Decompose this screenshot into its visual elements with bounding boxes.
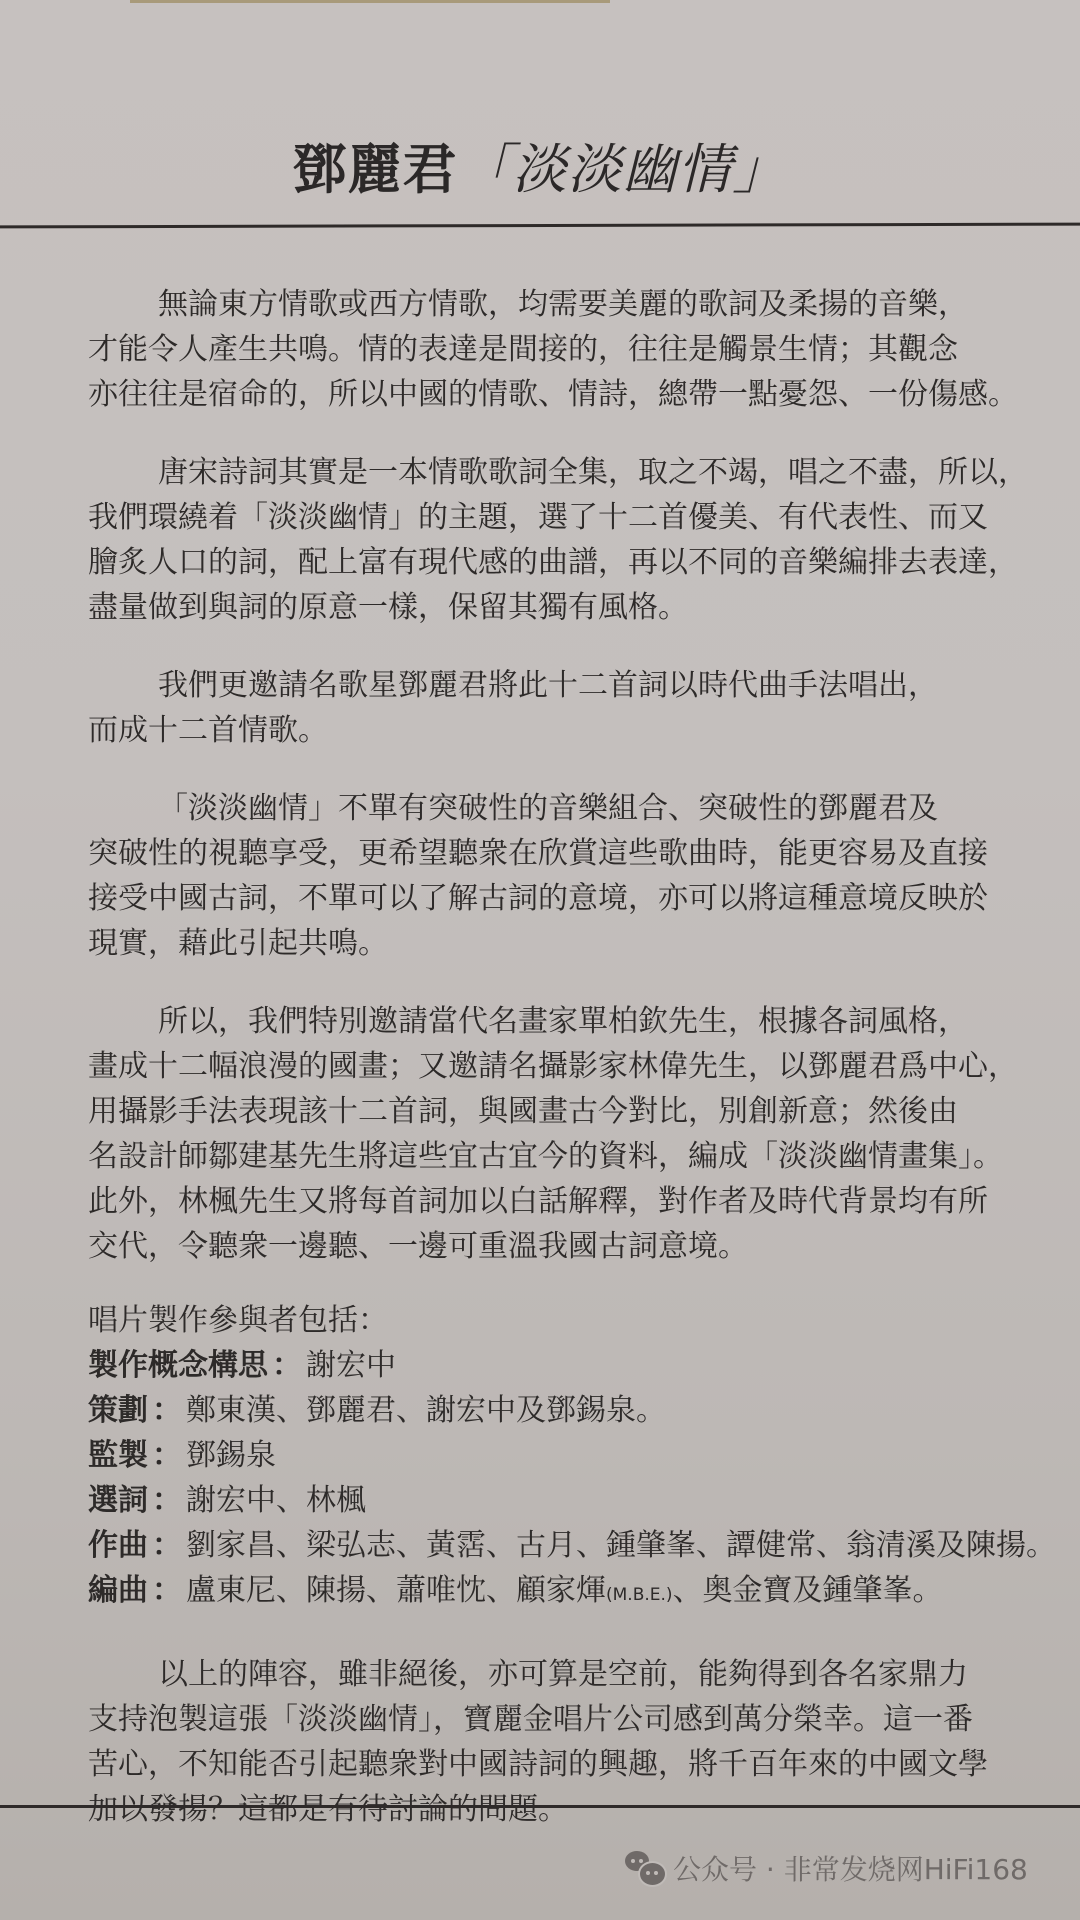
paragraph-5: 所以，我們特別邀請當代名畫家單柏欽先生，根據各詞風格， 畫成十二幅浪漫的國畫；又… — [88, 999, 1048, 1269]
text-line: 亦往往是宿命的，所以中國的情歌、情詩，總帶一點憂怨、一份傷感。 — [88, 372, 1048, 417]
credit-row: 製作概念構思：謝宏中 — [88, 1343, 1048, 1388]
paragraph-2: 唐宋詩詞其實是一本情歌歌詞全集，取之不竭，唱之不盡，所以， 我們環繞着「淡淡幽情… — [88, 450, 1048, 630]
text-line: 交代，令聽衆一邊聽、一邊可重溫我國古詞意境。 — [88, 1224, 1048, 1269]
credit-separator: ： — [148, 1393, 186, 1428]
credit-label: 監製 — [88, 1438, 148, 1473]
credit-row: 作曲：劉家昌、梁弘志、黃霑、古月、鍾肇峯、譚健常、翁清溪及陳揚。 — [88, 1523, 1048, 1568]
text-line: 而成十二首情歌。 — [88, 708, 1048, 753]
text-line: 用攝影手法表現該十二首詞，與國畫古今對比，別創新意；然後由 — [88, 1089, 1048, 1134]
text-line: 「淡淡幽情」不單有突破性的音樂組合、突破性的鄧麗君及 — [88, 786, 1048, 831]
text-line: 我們環繞着「淡淡幽情」的主題，選了十二首優美、有代表性、而又 — [88, 495, 1048, 540]
credit-value: 鄧錫泉 — [186, 1438, 276, 1473]
watermark-text: 公众号 · 非常发烧网HiFi168 — [673, 1848, 1028, 1888]
text-line: 加以發揚？這都是有待討論的問題。 — [88, 1787, 1048, 1832]
text-line: 盡量做到與詞的原意一樣，保留其獨有風格。 — [88, 585, 1048, 630]
text-line: 無論東方情歌或西方情歌，均需要美麗的歌詞及柔揚的音樂， — [88, 282, 1048, 327]
credit-separator: ： — [148, 1483, 186, 1518]
paragraph-3: 我們更邀請名歌星鄧麗君將此十二首詞以時代曲手法唱出， 而成十二首情歌。 — [88, 663, 1048, 753]
text-line: 名設計師鄒建基先生將這些宜古宜今的資料，編成「淡淡幽情畫集」。 — [88, 1134, 1048, 1179]
credits-intro: 唱片製作參與者包括： — [88, 1298, 1048, 1343]
credit-row: 策劃：鄭東漢、鄧麗君、謝宏中及鄧錫泉。 — [88, 1388, 1048, 1433]
credits-list: 唱片製作參與者包括： 製作概念構思：謝宏中 策劃：鄭東漢、鄧麗君、謝宏中及鄧錫泉… — [88, 1298, 1048, 1618]
page-title: 鄧麗君「淡淡幽情」 — [0, 138, 1080, 202]
credit-label: 策劃 — [88, 1393, 148, 1428]
credit-label: 作曲 — [88, 1528, 148, 1563]
text-line: 所以，我們特別邀請當代名畫家單柏欽先生，根據各詞風格， — [88, 999, 1048, 1044]
watermark: 公众号 · 非常发烧网HiFi168 — [625, 1848, 1028, 1888]
text-line: 現實，藉此引起共鳴。 — [88, 921, 1048, 966]
text-line: 以上的陣容，雖非絕後，亦可算是空前，能夠得到各名家鼎力 — [88, 1652, 1048, 1697]
credit-row: 監製：鄧錫泉 — [88, 1433, 1048, 1478]
artist-name: 鄧麗君 — [293, 138, 458, 201]
text-line: 唐宋詩詞其實是一本情歌歌詞全集，取之不竭，唱之不盡，所以， — [88, 450, 1048, 495]
credit-separator: ： — [268, 1348, 306, 1383]
text-line: 才能令人產生共鳴。情的表達是間接的，往往是觸景生情；其觀念 — [88, 327, 1048, 372]
paragraph-4: 「淡淡幽情」不單有突破性的音樂組合、突破性的鄧麗君及 突破性的視聽享受，更希望聽… — [88, 786, 1048, 966]
credit-label: 編曲 — [88, 1573, 148, 1608]
text-line: 膾炙人口的詞，配上富有現代感的曲譜，再以不同的音樂編排去表達， — [88, 540, 1048, 585]
text-line: 畫成十二幅浪漫的國畫；又邀請名攝影家林偉先生，以鄧麗君爲中心， — [88, 1044, 1048, 1089]
top-divider — [0, 223, 1080, 229]
paragraph-1: 無論東方情歌或西方情歌，均需要美麗的歌詞及柔揚的音樂， 才能令人產生共鳴。情的表… — [88, 282, 1048, 417]
credit-value: 盧東尼、陳揚、蕭唯忱、顧家煇 — [186, 1573, 606, 1608]
bottom-divider — [0, 1805, 1080, 1808]
wechat-icon — [625, 1851, 665, 1885]
credit-label: 選詞 — [88, 1483, 148, 1518]
text-line: 苦心，不知能否引起聽衆對中國詩詞的興趣，將千百年來的中國文學 — [88, 1742, 1048, 1787]
text-line: 接受中國古詞，不單可以了解古詞的意境，亦可以將這種意境反映於 — [88, 876, 1048, 921]
text-line: 支持泡製這張「淡淡幽情」，寶麗金唱片公司感到萬分榮幸。這一番 — [88, 1697, 1048, 1742]
credit-value: 劉家昌、梁弘志、黃霑、古月、鍾肇峯、譚健常、翁清溪及陳揚。 — [186, 1528, 1056, 1563]
credit-separator: ： — [148, 1528, 186, 1563]
text-line: 突破性的視聽享受，更希望聽衆在欣賞這些歌曲時，能更容易及直接 — [88, 831, 1048, 876]
credit-value: 謝宏中、林楓 — [186, 1483, 366, 1518]
document-body: 無論東方情歌或西方情歌，均需要美麗的歌詞及柔揚的音樂， 才能令人產生共鳴。情的表… — [88, 282, 1048, 1865]
credit-value: 謝宏中 — [306, 1348, 396, 1383]
credit-separator: ： — [148, 1573, 186, 1608]
credit-value-honorific: (M.B.E.) — [606, 1585, 673, 1605]
credit-value-tail: 、奥金寶及鍾肇峯。 — [673, 1573, 943, 1608]
credit-separator: ： — [148, 1438, 186, 1473]
photo-edge-strip — [130, 0, 610, 3]
credit-label: 製作概念構思 — [88, 1348, 268, 1383]
credit-value: 鄭東漢、鄧麗君、謝宏中及鄧錫泉。 — [186, 1393, 666, 1428]
text-line: 我們更邀請名歌星鄧麗君將此十二首詞以時代曲手法唱出， — [88, 663, 1048, 708]
text-line: 此外，林楓先生又將每首詞加以白話解釋，對作者及時代背景均有所 — [88, 1179, 1048, 1224]
credit-row: 選詞：謝宏中、林楓 — [88, 1478, 1048, 1523]
credit-row: 編曲：盧東尼、陳揚、蕭唯忱、顧家煇(M.B.E.)、奥金寶及鍾肇峯。 — [88, 1568, 1048, 1618]
album-title: 「淡淡幽情」 — [458, 138, 788, 201]
